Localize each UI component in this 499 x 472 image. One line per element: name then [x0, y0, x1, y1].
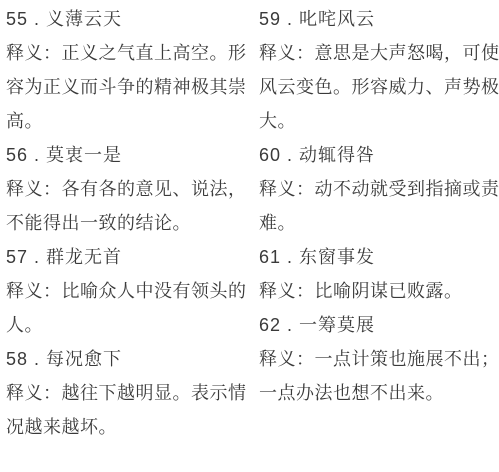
definition-line: 释义：比喻阴谋已败露。 — [259, 274, 496, 308]
definition-line: 释义：越往下越明显。表示情 — [6, 376, 246, 410]
idiom-list-document: 55 . 义薄云天 释义：正义之气直上高空。形 容为正义而斗争的精神极其崇 高。… — [0, 0, 499, 472]
idiom-entry-55: 55 . 义薄云天 释义：正义之气直上高空。形 容为正义而斗争的精神极其崇 高。 — [6, 2, 246, 138]
column-left: 55 . 义薄云天 释义：正义之气直上高空。形 容为正义而斗争的精神极其崇 高。… — [0, 2, 250, 472]
definition-line: 况越来越坏。 — [6, 410, 246, 444]
definition-line: 释义：动不动就受到指摘或责 — [259, 172, 496, 206]
idiom-entry-61: 61 . 东窗事发 释义：比喻阴谋已败露。 — [259, 240, 496, 308]
idiom-title: 61 . 东窗事发 — [259, 240, 496, 274]
idiom-title: 60 . 动辄得咎 — [259, 138, 496, 172]
idiom-entry-58: 58 . 每况愈下 释义：越往下越明显。表示情 况越来越坏。 — [6, 342, 246, 444]
definition-line: 不能得出一致的结论。 — [6, 206, 246, 240]
idiom-title: 58 . 每况愈下 — [6, 342, 246, 376]
definition-line: 人。 — [6, 308, 246, 342]
idiom-entry-62: 62 . 一筹莫展 释义：一点计策也施展不出； 一点办法也想不出来。 — [259, 308, 496, 410]
idiom-entry-60: 60 . 动辄得咎 释义：动不动就受到指摘或责 难。 — [259, 138, 496, 240]
idiom-title: 57 . 群龙无首 — [6, 240, 246, 274]
idiom-title: 62 . 一筹莫展 — [259, 308, 496, 342]
definition-line: 大。 — [259, 104, 496, 138]
idiom-entry-57: 57 . 群龙无首 释义：比喻众人中没有领头的 人。 — [6, 240, 246, 342]
idiom-title: 55 . 义薄云天 — [6, 2, 246, 36]
definition-line: 难。 — [259, 206, 496, 240]
definition-line: 高。 — [6, 104, 246, 138]
idiom-entry-56: 56 . 莫衷一是 释义：各有各的意见、说法， 不能得出一致的结论。 — [6, 138, 246, 240]
definition-line: 一点办法也想不出来。 — [259, 376, 496, 410]
definition-line: 释义：比喻众人中没有领头的 — [6, 274, 246, 308]
definition-line: 释义：各有各的意见、说法， — [6, 172, 246, 206]
definition-line: 释义：意思是大声怒喝，可使 — [259, 36, 496, 70]
idiom-entry-59: 59 . 叱咤风云 释义：意思是大声怒喝，可使 风云变色。形容威力、声势极 大。 — [259, 2, 496, 138]
definition-line: 释义：一点计策也施展不出； — [259, 342, 496, 376]
definition-line: 容为正义而斗争的精神极其崇 — [6, 70, 246, 104]
definition-line: 风云变色。形容威力、声势极 — [259, 70, 496, 104]
idiom-title: 59 . 叱咤风云 — [259, 2, 496, 36]
column-right: 59 . 叱咤风云 释义：意思是大声怒喝，可使 风云变色。形容威力、声势极 大。… — [250, 2, 499, 472]
idiom-title: 56 . 莫衷一是 — [6, 138, 246, 172]
definition-line: 释义：正义之气直上高空。形 — [6, 36, 246, 70]
